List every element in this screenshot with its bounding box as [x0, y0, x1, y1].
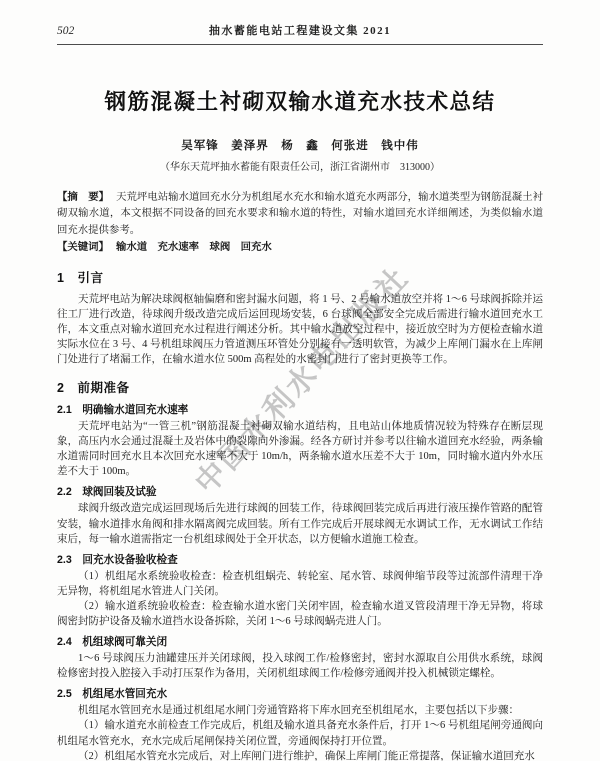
header-rule [57, 44, 543, 45]
authors-line: 吴军锋 姜泽界 杨 鑫 何张进 钱中伟 [57, 137, 543, 153]
subsection-2-4-heading: 2.4 机组球阀可靠关闭 [57, 634, 543, 649]
subsection-2-5-intro: 机组尾水管回充水是通过机组尾水闸门旁通管路将下库水回充至机组尾水，主要包括以下步… [57, 703, 543, 718]
subsection-2-5-item-2: （2）机组尾水管充水完成后，对上库闸门进行维护，确保上库闸门能正常提落，保证输水… [57, 749, 543, 761]
section-1-paragraph: 天荒坪电站为解决球阀枢轴偏磨和密封漏水问题，将 1 号、2 号输水道放空并将 1… [57, 292, 543, 367]
running-header: 502 抽水蓄能电站工程建设文集 2021 [57, 22, 543, 38]
subsection-2-3-heading: 2.3 回充水设备验收检查 [57, 552, 543, 567]
subsection-2-1-paragraph: 天荒坪电站为“一管三机”钢筋混凝土衬砌双输水道结构，且电站山体地质情况较为特殊存… [57, 419, 543, 479]
book-title: 抽水蓄能电站工程建设文集 2021 [179, 22, 422, 38]
document-page: 中国水利水电出版社 502 抽水蓄能电站工程建设文集 2021 钢筋混凝土衬砌双… [0, 0, 600, 761]
subsection-2-5-heading: 2.5 机组尾水管回充水 [57, 686, 543, 701]
section-2-heading: 2 前期准备 [57, 378, 543, 396]
keywords: 【关键词】输水道 充水速率 球阀 回充水 [57, 240, 543, 256]
subsection-2-3-item-2: （2）输水道系统验收检查：检查输水道水密门关闭牢固，检查输水道叉管段清理干净无异… [57, 599, 543, 629]
abstract-label: 【摘 要】 [57, 192, 109, 203]
article-title: 钢筋混凝土衬砌双输水道充水技术总结 [57, 85, 543, 116]
subsection-2-1-heading: 2.1 明确输水道回充水速率 [57, 402, 543, 417]
abstract-text: 天荒坪电站输水道回充水分为机组尾水充水和输水道充水两部分，输水道类型为钢筋混凝土… [57, 192, 543, 236]
affiliation-line: （华东天荒坪抽水蓄能有限责任公司，浙江省湖州市 313000） [57, 158, 543, 173]
subsection-2-5-item-1: （1）输水道充水前检查工作完成后，机组及输水道具备充水条件后，打开 1～6 号机… [57, 718, 543, 748]
page-number: 502 [57, 25, 179, 37]
subsection-2-2-paragraph: 球阀升级改造完成运回现场后先进行球阀的回装工作，待球阀回装完成后再进行液压操作管… [57, 501, 543, 546]
subsection-2-2-heading: 2.2 球阀回装及试验 [57, 484, 543, 499]
subsection-2-4-paragraph: 1～6 号球阀压力油罐建压并关闭球阀，投入球阀工作/检修密封，密封水源取自公用供… [57, 651, 543, 681]
keywords-text: 输水道 充水速率 球阀 回充水 [116, 242, 272, 253]
section-1-heading: 1 引言 [57, 268, 543, 286]
abstract: 【摘 要】天荒坪电站输水道回充水分为机组尾水充水和输水道充水两部分，输水道类型为… [57, 190, 543, 239]
subsection-2-3-item-1: （1）机组尾水系统验收检查：检查机组蜗壳、转轮室、尾水管、球阀伸缩节段等过流部件… [57, 569, 543, 599]
keywords-label: 【关键词】 [57, 242, 109, 253]
page-content: 502 抽水蓄能电站工程建设文集 2021 钢筋混凝土衬砌双输水道充水技术总结 … [0, 0, 600, 761]
